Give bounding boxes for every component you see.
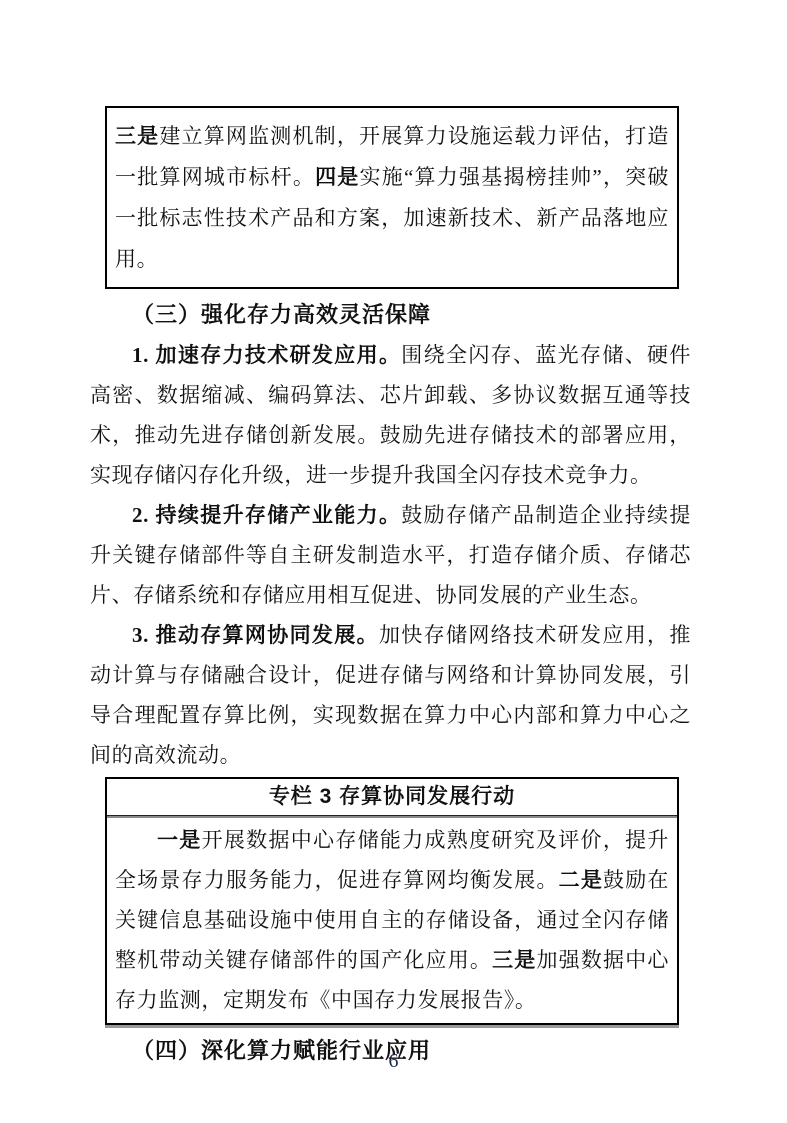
text-run: 三是 [492, 948, 536, 972]
callout-box-measures: 三是建立算网监测机制，开展算力设施运载力评估，打造一批算网城市标杆。四是实施“算… [105, 106, 679, 289]
text-run: 一是 [157, 828, 202, 852]
column-box-text: 一是开展数据中心存储能力成熟度研究及评价，提升全场景存力服务能力，促进存算网均衡… [115, 820, 669, 1020]
callout-box-text: 三是建立算网监测机制，开展算力设施运载力评估，打造一批算网城市标杆。四是实施“算… [115, 116, 669, 280]
column-box-body: 一是开展数据中心存储能力成熟度研究及评价，提升全场景存力服务能力，促进存算网均衡… [107, 818, 677, 1023]
text-run: 三是 [115, 124, 159, 148]
text-run: 二是 [559, 868, 603, 892]
text-run: 2. 持续提升存储产业能力。 [132, 503, 401, 527]
column-box-title: 专栏 3 存算协同发展行动 [107, 779, 677, 815]
text-run: 1. 加速存力技术研发应用。 [132, 343, 401, 367]
paragraph-storage-tech: 1. 加速存力技术研发应用。围绕全闪存、蓝光存储、硬件高密、数据缩减、编码算法、… [90, 335, 691, 495]
text-run: 3. 推动存算网协同发展。 [132, 623, 379, 647]
text-run: 四是 [315, 165, 359, 189]
paragraph-storage-industry: 2. 持续提升存储产业能力。鼓励存储产品制造企业持续提升关键存储部件等自主研发制… [90, 495, 691, 615]
document-page: 三是建立算网监测机制，开展算力设施运载力评估，打造一批算网城市标杆。四是实施“算… [0, 0, 787, 1123]
page-number: 6 [0, 1046, 787, 1076]
paragraph-storage-compute-network: 3. 推动存算网协同发展。加快存储网络技术研发应用，推动计算与存储融合设计，促进… [90, 615, 691, 775]
page-body: 三是建立算网监测机制，开展算力设施运载力评估，打造一批算网城市标杆。四是实施“算… [90, 106, 691, 1071]
column-box-3: 专栏 3 存算协同发展行动 一是开展数据中心存储能力成熟度研究及评价，提升全场景… [105, 777, 679, 1025]
section-heading-3: （三）强化存力高效灵活保障 [90, 295, 691, 335]
